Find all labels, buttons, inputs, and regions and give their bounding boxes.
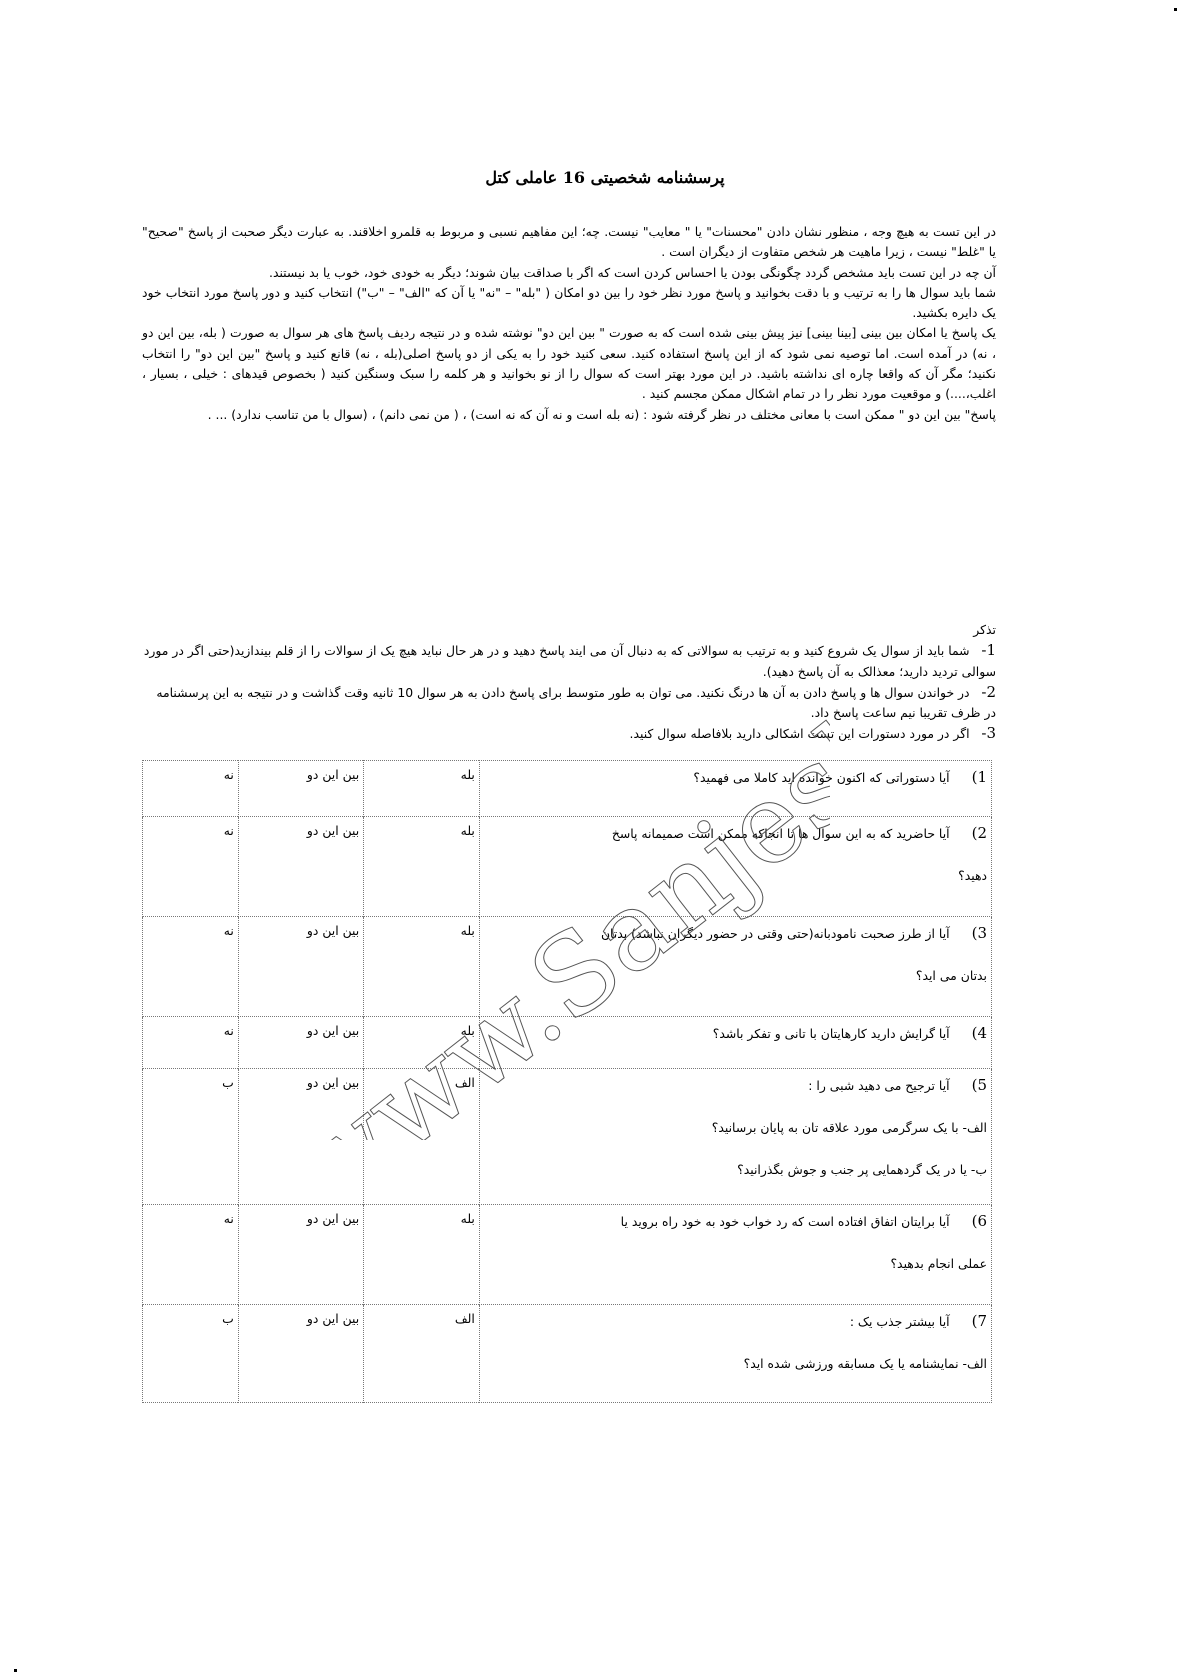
question-number: 1) xyxy=(972,768,987,786)
option-between[interactable]: بین این دو xyxy=(238,917,363,1017)
intro-paragraph: شما باید سوال ها را به ترتیب و با دقت بخ… xyxy=(142,283,996,324)
option-b[interactable]: ب xyxy=(143,1305,239,1403)
scan-speck xyxy=(14,1669,17,1672)
option-between[interactable]: بین این دو xyxy=(238,1305,363,1403)
question-row: 4)آیا گرایش دارید کارهایتان با تانی و تف… xyxy=(143,1017,992,1069)
question-number: 6) xyxy=(972,1212,987,1230)
question-number: 3) xyxy=(972,924,987,942)
question-number: 4) xyxy=(972,1024,987,1042)
option-yes[interactable]: بله xyxy=(364,1017,480,1069)
option-no[interactable]: نه xyxy=(143,817,239,917)
option-between[interactable]: بین این دو xyxy=(238,1069,363,1205)
option-yes[interactable]: بله xyxy=(364,761,480,817)
question-row: 1)آیا دستوراتی که اکنون خوانده اید کاملا… xyxy=(143,761,992,817)
questions-table: 1)آیا دستوراتی که اکنون خوانده اید کاملا… xyxy=(142,760,992,1403)
question-row: 6)آیا برایتان اتفاق افتاده است که رد خوا… xyxy=(143,1205,992,1305)
question-cell: 1)آیا دستوراتی که اکنون خوانده اید کاملا… xyxy=(479,761,991,817)
option-between[interactable]: بین این دو xyxy=(238,761,363,817)
question-number: 7) xyxy=(972,1312,987,1330)
option-no[interactable]: نه xyxy=(143,1017,239,1069)
question-text: عملی انجام بدهید؟ xyxy=(484,1254,987,1274)
question-text: بدتان می اید؟ xyxy=(484,966,987,986)
option-yes[interactable]: بله xyxy=(364,817,480,917)
question-cell: 4)آیا گرایش دارید کارهایتان با تانی و تف… xyxy=(479,1017,991,1069)
note-text: در خواندن سوال ها و پاسخ دادن به آن ها د… xyxy=(156,685,996,720)
question-text: الف- با یک سرگرمی مورد علاقه تان به پایا… xyxy=(484,1118,987,1138)
question-text: ب- یا در یک گردهمایی پر جنب و جوش بگذران… xyxy=(484,1160,987,1180)
question-text: دهید؟ xyxy=(484,866,987,886)
note-number: 1- xyxy=(981,641,996,659)
question-text: آیا گرایش دارید کارهایتان با تانی و تفکر… xyxy=(713,1026,950,1041)
note-number: 2- xyxy=(981,683,996,701)
question-cell: 6)آیا برایتان اتفاق افتاده است که رد خوا… xyxy=(479,1205,991,1305)
question-number: 2) xyxy=(972,824,987,842)
intro-section: در این تست به هیچ وجه ، منظور نشان دادن … xyxy=(142,222,996,425)
notes-section: تذکر 1- شما باید از سوال یک شروع کنید و … xyxy=(142,620,996,745)
scan-speck xyxy=(1174,8,1177,11)
option-no[interactable]: نه xyxy=(143,1205,239,1305)
intro-paragraph: در این تست به هیچ وجه ، منظور نشان دادن … xyxy=(142,222,996,263)
option-a[interactable]: الف xyxy=(364,1305,480,1403)
option-no[interactable]: نه xyxy=(143,917,239,1017)
option-no[interactable]: نه xyxy=(143,761,239,817)
question-cell: 3)آیا از طرز صحبت نامودبانه(حتی وقتی در … xyxy=(479,917,991,1017)
question-number: 5) xyxy=(972,1076,987,1094)
option-between[interactable]: بین این دو xyxy=(238,1017,363,1069)
question-cell: 2)آیا حاضرید که به این سوال ها تا انجاکه… xyxy=(479,817,991,917)
question-row: 2)آیا حاضرید که به این سوال ها تا انجاکه… xyxy=(143,817,992,917)
intro-paragraph: آن چه در این تست باید مشخص گردد چگونگی ب… xyxy=(142,263,996,283)
document-title: پرسشنامه شخصیتی 16 عاملی کتل xyxy=(380,168,830,187)
option-b[interactable]: ب xyxy=(143,1069,239,1205)
note-text: اگر در مورد دستورات این تست اشکالی دارید… xyxy=(630,726,970,741)
question-row: 5)آیا ترجیح می دهید شبی را : الف- با یک … xyxy=(143,1069,992,1205)
question-text: آیا ترجیح می دهید شبی را : xyxy=(808,1078,949,1093)
question-row: 7)آیا بیشتر جذب یک : الف- نمایشنامه یا ی… xyxy=(143,1305,992,1403)
note-text: شما باید از سوال یک شروع کنید و به ترتیب… xyxy=(144,643,996,678)
note-item: 3- اگر در مورد دستورات این تست اشکالی دا… xyxy=(142,723,996,744)
intro-paragraph: یک پاسخ یا امکان بین بینی [بینا بینی] نی… xyxy=(142,323,996,404)
question-row: 3)آیا از طرز صحبت نامودبانه(حتی وقتی در … xyxy=(143,917,992,1017)
note-item: 2- در خواندن سوال ها و پاسخ دادن به آن ه… xyxy=(142,682,996,724)
option-between[interactable]: بین این دو xyxy=(238,817,363,917)
option-between[interactable]: بین این دو xyxy=(238,1205,363,1305)
notes-heading: تذکر xyxy=(142,620,996,640)
question-cell: 7)آیا بیشتر جذب یک : الف- نمایشنامه یا ی… xyxy=(479,1305,991,1403)
option-yes[interactable]: بله xyxy=(364,1205,480,1305)
option-yes[interactable]: بله xyxy=(364,917,480,1017)
option-a[interactable]: الف xyxy=(364,1069,480,1205)
question-text: آیا بیشتر جذب یک : xyxy=(850,1314,950,1329)
question-text: آیا حاضرید که به این سوال ها تا انجاکه م… xyxy=(612,826,950,841)
question-text: آیا دستوراتی که اکنون خوانده اید کاملا م… xyxy=(693,770,949,785)
question-text: الف- نمایشنامه یا یک مسابقه ورزشی شده ای… xyxy=(484,1354,987,1374)
intro-paragraph: پاسخ" بین این دو " ممکن است با معانی مخت… xyxy=(142,405,996,425)
question-cell: 5)آیا ترجیح می دهید شبی را : الف- با یک … xyxy=(479,1069,991,1205)
note-item: 1- شما باید از سوال یک شروع کنید و به تر… xyxy=(142,640,996,682)
question-text: آیا از طرز صحبت نامودبانه(حتی وقتی در حض… xyxy=(601,926,950,941)
document-page: پرسشنامه شخصیتی 16 عاملی کتل در این تست … xyxy=(0,0,1188,1680)
question-text: آیا برایتان اتفاق افتاده است که رد خواب … xyxy=(621,1214,950,1229)
note-number: 3- xyxy=(981,724,996,742)
